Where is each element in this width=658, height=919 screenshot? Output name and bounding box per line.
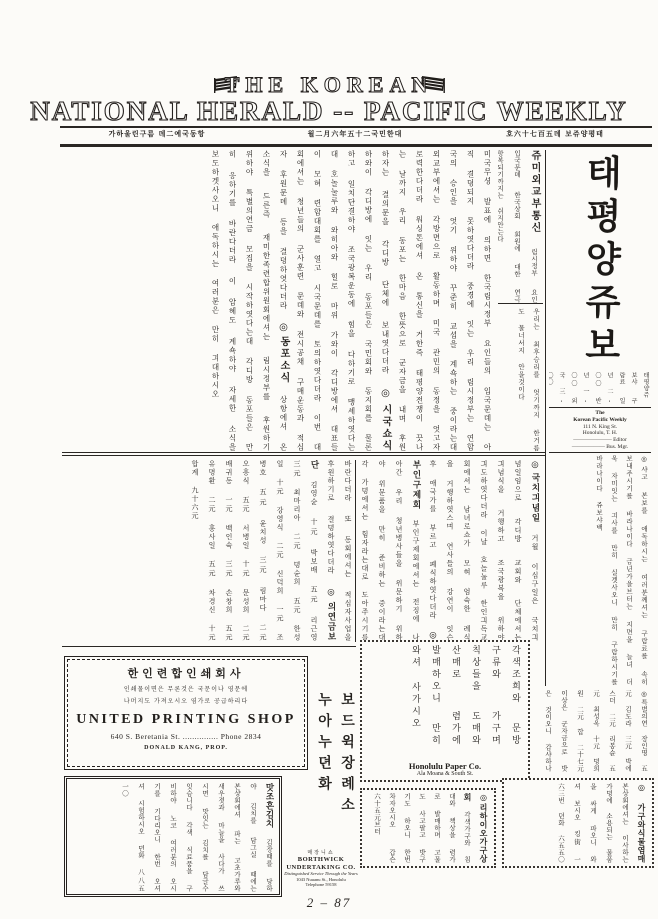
honolulu-paper-ad: 각색조희와 문방구류와 가구며 칙상들을 도매와 산매로 렴가에 발매하오니 만… — [360, 640, 530, 782]
masthead-rule-top — [60, 126, 652, 128]
united-printing-address: 640 S. Beretania St. ............... Pho… — [65, 732, 307, 741]
page-number: 2 – 87 — [0, 895, 658, 911]
article-columns-band2: ◎국치긔념일 거월 이십구일은 국치긔념일임으로 각디방 교회와 단체에셔는 긔… — [62, 460, 543, 642]
borthwick-name: BORTHWICK — [284, 856, 358, 864]
honolulu-paper-korean: 각색조희와 문방구류와 가구며 칙상들을 도매와 산매로 렴가에 발매하오니 만… — [365, 645, 525, 747]
kimchi-ad-body: 김장때를 당하야 김치를 담그실 때에는 본샹회에셔 파는 고초가루와 새우졋과… — [121, 783, 273, 892]
publisher-en-line: 111 N. King St. — [549, 424, 651, 431]
dateline-left: 가하울린구름 뎨二예국동항 — [62, 129, 252, 142]
article-text: 상항에셔 온 소식을 드른즉 재미한족련합위원회에셔는 림시정부를 후원하기 위… — [211, 150, 288, 452]
borthwick-phone: Telephone 59158 — [284, 882, 358, 888]
borthwick-korean-small: 매장니쇼 — [284, 849, 358, 856]
borthwick-english-block: 매장니쇼 BORTHWICK UNDERTAKING CO. Distingui… — [284, 849, 358, 897]
notice-text: ◎샤고 본보를 애독하시는 여러분께셔는 구람료를 속히 보내주시기를 바라나이… — [595, 455, 648, 686]
publisher-en-line: Korean Pacific Weekly — [549, 417, 651, 424]
section-header: ◎국치긔념일 — [530, 460, 540, 523]
article-text: 하와이 각디방에 잇는 우리 동포들은 국민회와 동지회를 물론하고 일치단결하… — [279, 150, 373, 452]
united-printing-korean-line: 나머지도 가져오시오 염가로 공급하리다 — [65, 696, 307, 705]
article-text: 거월 이십구일은 국치긔념일임으로 각디방 교회와 단체에셔는 긔념식을 거행하… — [429, 460, 539, 642]
united-printing-proprietor: DONALD KANG, PROP. — [65, 745, 307, 751]
furniture-ad-text: ◎리하이오가구상회 각색가구와 침대와 책상을 렴가로 발매하며 고물도 사고팔… — [365, 793, 491, 863]
honolulu-paper-address: Ala Moana & South St. — [362, 771, 528, 777]
article-columns-band1: 미국무셩 발표에 의하면 한국림시정부 요인들의 입국문뎨는 아직 결뎡되지 못… — [62, 150, 496, 452]
section-header: ◎동포소식 — [278, 322, 289, 384]
body-divider-rule — [62, 455, 545, 456]
body-bottom-rule — [62, 646, 356, 647]
furniture-ad-body: 각색가구와 침대와 책상을 렴가로 발매하며 고물도 사고팔고 밧구기도 하오니… — [373, 793, 471, 863]
kimchi-ad-header: 맛조흔김치 — [264, 783, 274, 828]
headline-zone-body: 우리는 최후승리를 엇기까지 한거름도 물너서지 안을것이다 — [498, 308, 543, 452]
united-printing-name: UNITED PRINTING SHOP — [65, 712, 307, 728]
article-text: 부인구제회에셔는 전징에 나아간 우리 청년병사들을 위문하기 위하야 위문품을… — [327, 460, 420, 642]
lead-headline: 쥬미외교부통신 — [529, 150, 540, 234]
publisher-en-line: Honolulu, T. H. — [549, 430, 651, 437]
body-divider-rule — [62, 452, 545, 453]
honolulu-paper-name: Honolulu Paper Co. — [362, 761, 528, 771]
article-text: 미국무셩 발표에 의하면 한국림시정부 요인들의 입국문뎨는 아직 결뎡되지 못… — [381, 150, 492, 452]
publisher-info-korean: 태평양쥬보샤 구람료 일년 二,〇〇 반년 一,〇〇 외국 三,〇〇 — [549, 372, 651, 404]
borthwick-tagline: Distinguished Service Through the Years — [284, 871, 358, 877]
title-strip-divider — [545, 150, 546, 686]
special-donation-text: ◎특별의연 장인명 五元 김도라 三元 박에스더 二元 리봉슌 五元 최성옥 十… — [536, 690, 648, 772]
household-goods-ad-text: ◎가구와식물염매 본상회에셔는 이사하는 가뎡에 소용되는 물품을 싸게 파오니… — [507, 783, 649, 863]
household-goods-ad-header: ◎가구와식물염매 — [637, 783, 646, 863]
newspaper-page: THE KOREAN NATIONAL HERALD -- PACIFIC WE… — [0, 0, 658, 919]
furniture-ad: ◎리하이오가구상회 각색가구와 침대와 책상을 렴가로 발매하며 고물도 사고팔… — [360, 788, 496, 868]
masthead-title-line1: THE KOREAN — [0, 72, 658, 98]
household-goods-ad-body: 본상회에셔는 이사하는 가뎡에 소용되는 물품을 싸게 파오니 와셔 보시오 킹… — [557, 783, 629, 863]
masthead-rule-bottom — [60, 144, 652, 147]
united-printing-korean-line: 인쇄물이면은 무론것은 국문이나 영문에 — [65, 684, 307, 693]
honolulu-paper-english: Honolulu Paper Co. Ala Moana & South St. — [362, 761, 528, 777]
right-continuation-columns: ◎특별의연 장인명 五元 김도라 三元 박에스더 二元 리봉슌 五元 최성옥 十… — [536, 690, 652, 772]
subheadline: 한국상회 회원에 대한 연극 — [513, 192, 521, 304]
kimchi-ad-text: 맛조흔김치 김장때를 당하야 김치를 담그실 때에는 본샹회에셔 파는 고초가루… — [71, 783, 277, 892]
section-header: ◎시국쇼식 — [380, 388, 391, 452]
korean-masthead-vertical: 태평양쥬보 — [548, 152, 652, 371]
united-printing-ad: 한인련합인쇄회사 인쇄물이면은 무론것은 국문이나 영문에 나머지도 가져오시오… — [64, 656, 308, 770]
publisher-notice-column: ◎샤고 본보를 애독하시는 여러분께셔는 구람료를 속히 보내주시기를 바라나이… — [549, 455, 651, 686]
publisher-en-line: —————— Bus. Mgr. — [549, 444, 651, 451]
headline-zone-text: 우리는 최후승리를 엇기까지 한거름도 물너서지 안을것이다 — [517, 308, 540, 452]
masthead-title-line2: NATIONAL HERALD -- PACIFIC WEEKLY — [0, 96, 658, 127]
publisher-en-line: ——————— Editor — [549, 437, 651, 444]
lead-headline-zone: 쥬미외교부통신 림시정부 요인 입국문뎨 한국상회 회원에 대한 연극 항복되기… — [498, 150, 543, 304]
borthwick-name: UNDERTAKING CO. — [284, 864, 358, 872]
dateline-center: 월二月六年五十二국민한대 — [255, 129, 455, 142]
household-goods-ad: ◎가구와식물염매 본상회에셔는 이사하는 가뎡에 소용되는 물품을 싸게 파오니… — [502, 778, 654, 868]
kimchi-ad: 맛조흔김치 김장때를 당하야 김치를 담그실 때에는 본샹회에셔 파는 고초가루… — [64, 776, 282, 897]
united-printing-korean-heading: 한인련합인쇄회사 — [65, 665, 307, 681]
dateline-right: 호六十七百五뎨 보쥬양평태 — [460, 129, 650, 142]
subheadline: 항복되기까지는 쉬지안는다 — [498, 150, 504, 243]
honolulu-paper-text: 각색조희와 문방구류와 가구며 칙상들을 도매와 산매로 렴가에 발매하오니 만… — [410, 645, 520, 747]
donation-list: 김영슌 十元 박보배 五元 리근영 三元 최마리아 二元 뎡슌희 五元 한성일 … — [191, 460, 318, 642]
publisher-info-english: The Korean Pacific Weekly 111 N. King St… — [549, 407, 651, 453]
publisher-en-line: The — [549, 410, 651, 417]
borthwick-korean-vertical: 보드윅장례소 누아누뎐화 — [312, 692, 358, 844]
